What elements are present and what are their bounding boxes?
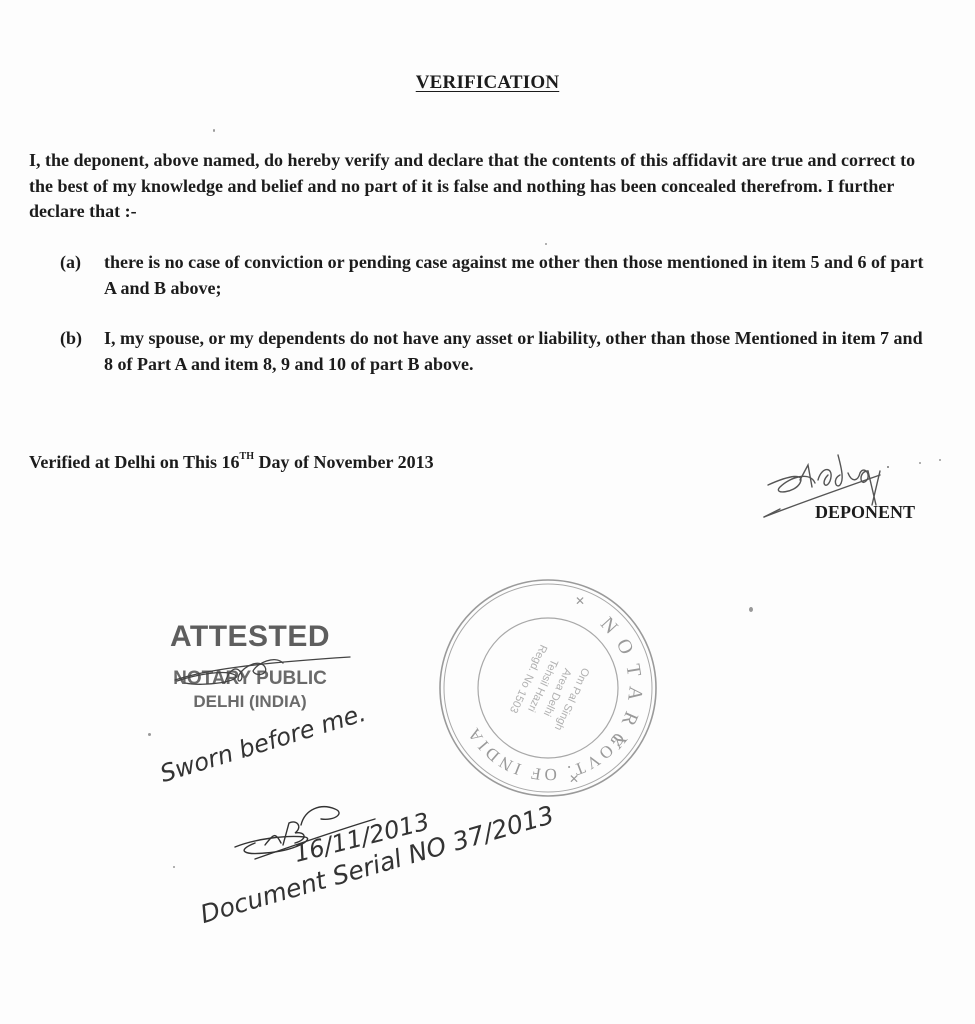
notary-signature (165, 645, 355, 695)
item-text: there is no case of conviction or pendin… (104, 250, 930, 301)
handwritten-sworn-note: Sworn before me. (157, 699, 369, 788)
affidavit-page: VERIFICATION I, the deponent, above name… (0, 0, 975, 1024)
svg-text:✕: ✕ (575, 594, 585, 608)
scan-speck (173, 866, 175, 868)
svg-text:GOVT. OF INDIA: GOVT. OF INDIA (463, 722, 629, 784)
verification-paragraph: I, the deponent, above named, do hereby … (29, 148, 929, 225)
declaration-item-b: (b) I, my spouse, or my dependents do no… (60, 326, 930, 377)
declaration-item-a: (a) there is no case of conviction or pe… (60, 250, 930, 301)
item-text: I, my spouse, or my dependents do not ha… (104, 326, 930, 377)
stamp-location-text: DELHI (INDIA) (160, 692, 340, 712)
scan-speck (148, 733, 151, 736)
scan-speck (749, 607, 753, 612)
deponent-label: DEPONENT (815, 502, 915, 523)
scan-speck (213, 129, 215, 132)
svg-text:✕: ✕ (569, 772, 579, 786)
notary-seal: GOVT. OF INDIA NOTARY Om Pal Singh Area … (437, 577, 659, 799)
item-label: (a) (60, 250, 104, 301)
item-label: (b) (60, 326, 104, 377)
document-title: VERIFICATION (0, 72, 975, 94)
verified-line: Verified at Delhi on This 16TH Day of No… (29, 452, 434, 473)
scan-speck (545, 243, 547, 245)
